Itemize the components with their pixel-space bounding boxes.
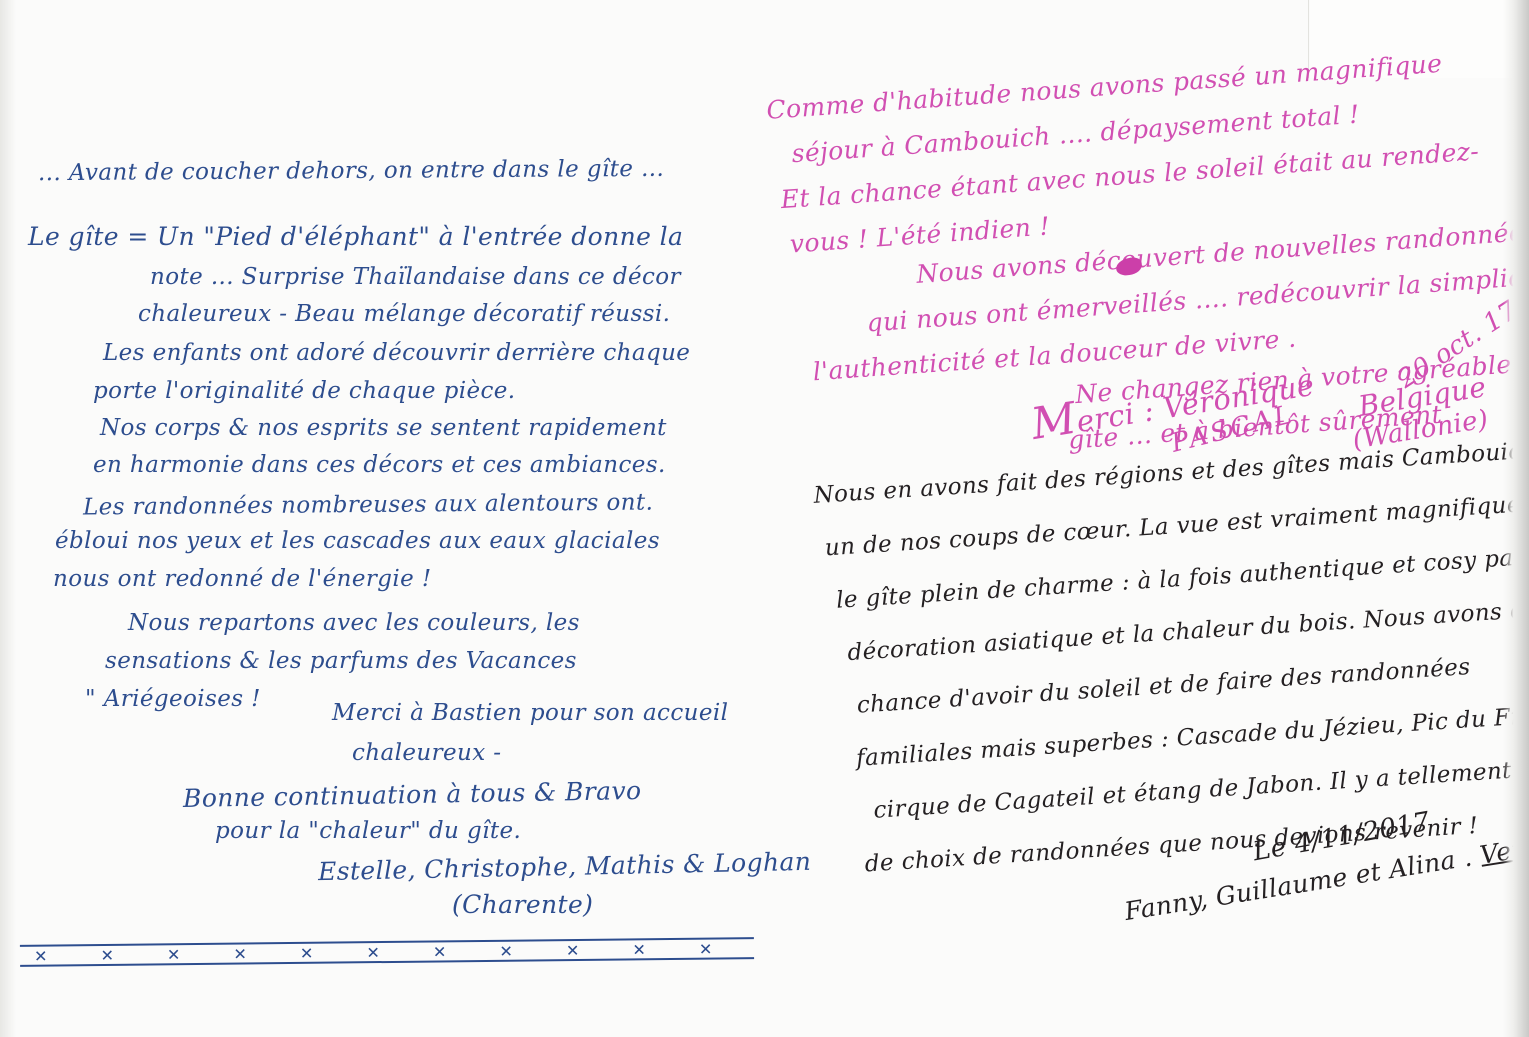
handwritten-line: note ... Surprise Thaïlandaise dans ce d… xyxy=(150,264,681,290)
handwritten-line: sensations & les parfums des Vacances xyxy=(105,648,577,674)
handwritten-line: Les randonnées nombreuses aux alentours … xyxy=(83,490,654,521)
scan-edge-left xyxy=(0,0,16,1037)
handwritten-line: en harmonie dans ces décors et ces ambia… xyxy=(93,452,666,478)
handwritten-line: Merci à Bastien pour son accueil xyxy=(332,700,728,726)
handwritten-line: nous ont redonné de l'énergie ! xyxy=(53,566,432,592)
handwritten-line: " Ariégeoises ! xyxy=(85,686,261,712)
guestbook-scan: ... Avant de coucher dehors, on entre da… xyxy=(0,0,1529,1037)
signature-origin: (Charente) xyxy=(452,890,593,919)
handwritten-line: Nous repartons avec les couleurs, les xyxy=(128,610,580,636)
handwritten-line: Les enfants ont adoré découvrir derrière… xyxy=(103,340,690,366)
signature-line: Estelle, Christophe, Mathis & Loghan xyxy=(318,847,812,886)
handwritten-line: ... Avant de coucher dehors, on entre da… xyxy=(38,156,664,186)
handwritten-line: chaleureux - xyxy=(352,740,501,766)
handwritten-line: pour la "chaleur" du gîte. xyxy=(215,818,521,844)
handwritten-line: Bonne continuation à tous & Bravo xyxy=(183,776,642,813)
handwritten-line: porte l'originalité de chaque pièce. xyxy=(93,378,516,404)
decorative-border: ✕ ✕ ✕ ✕ ✕ ✕ ✕ ✕ ✕ ✕ ✕ ✕ ✕ ✕ ✕ ✕ xyxy=(20,937,754,967)
handwritten-line: ébloui nos yeux et les cascades aux eaux… xyxy=(55,528,660,554)
handwritten-line: Nos corps & nos esprits se sentent rapid… xyxy=(100,415,667,441)
handwritten-line: chaleureux - Beau mélange décoratif réus… xyxy=(138,301,670,327)
handwritten-line: Le gîte = Un "Pied d'éléphant" à l'entré… xyxy=(28,222,683,251)
scan-edge-right xyxy=(1503,0,1529,1037)
